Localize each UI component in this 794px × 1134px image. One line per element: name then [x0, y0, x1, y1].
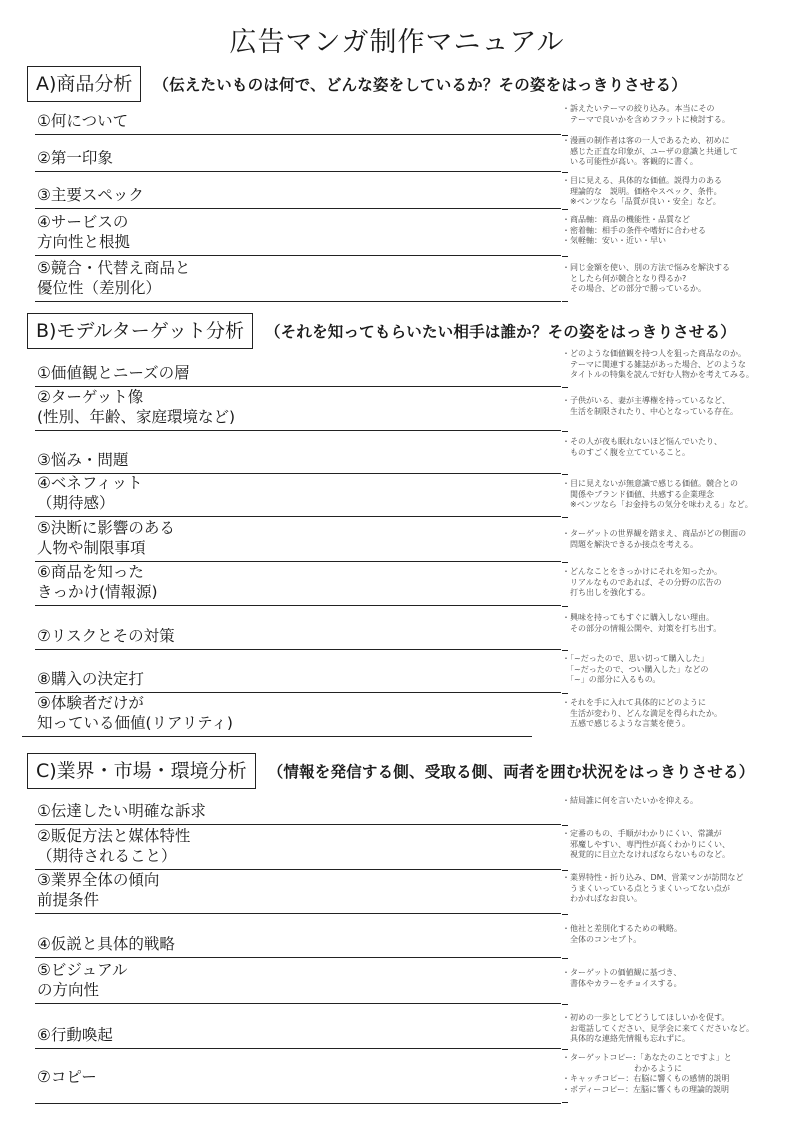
row-b7: ⑦リスクとその対策 — [35, 605, 561, 650]
row-label: ②第一印象 — [37, 148, 113, 168]
row-label: ⑤ビジュアル の方向性 — [37, 960, 127, 1000]
row-b6: ⑥商品を知った きっかけ(情報源) — [35, 561, 561, 606]
note-divider — [562, 914, 568, 915]
row-label: ⑦コピー — [37, 1067, 97, 1087]
note-c5: ・ターゲットの価値観に基づき、 書体やカラーをチョイスする。 — [562, 968, 794, 989]
note-divider — [562, 1102, 568, 1103]
note-b4: ・目に見えないが無意識で感じる価値。競合との 関係やブランド価値、共感する企業理… — [562, 479, 794, 511]
row-label: ④サービスの 方向性と根拠 — [37, 212, 130, 252]
row-label: ②ターゲット像 (性別、年齢、家庭環境など) — [37, 387, 235, 427]
row-a5: ⑤競合・代替え商品と 優位性（差別化） — [35, 255, 561, 302]
note-b5: ・ターゲットの世界観を踏まえ、商品がどの側面の 問題を解決できるか接点を考える。 — [562, 529, 794, 550]
section-b-title: B)モデルターゲット分析 — [27, 313, 253, 349]
row-c2: ②販促方法と媒体特性 （期待されること） — [35, 824, 561, 870]
note-divider — [562, 606, 568, 607]
note-divider — [562, 431, 568, 432]
note-divider — [562, 958, 568, 959]
row-label: ③悩み・問題 — [37, 450, 128, 470]
row-label: ①伝達したい明確な訴求 — [37, 801, 206, 821]
row-b8: ⑧購入の決定打 — [35, 649, 561, 693]
row-label: ⑤決断に影響のある 人物や制限事項 — [37, 518, 175, 558]
note-a2: ・漫画の制作者は客の一人であるため、初めに 感じた正直な印象が、ユーザの意識と共… — [562, 136, 794, 168]
row-c6: ⑥行動喚起 — [35, 1003, 561, 1049]
note-b3: ・その人が夜も眠れないほど悩んでいたり、 ものすごく腹を立てていること。 — [562, 437, 794, 458]
row-b5: ⑤決断に影響のある 人物や制限事項 — [35, 516, 561, 562]
section-a-subtitle: （伝えたいものは何で、どんな姿をしているか？その姿をはっきりさせる） — [153, 73, 687, 95]
note-divider — [562, 1049, 568, 1050]
row-label: ①価値観とニーズの層 — [37, 363, 190, 383]
row-label: ①何について — [37, 111, 128, 131]
note-divider — [562, 209, 568, 210]
row-b1: ①価値観とニーズの層 — [35, 350, 561, 387]
note-divider — [562, 387, 568, 388]
note-c1: ・結局誰に何を言いたいかを抑える。 — [562, 796, 794, 807]
section-c-header: C)業界・市場・環境分析 （情報を発信する側、受取る側、両者を囲む状況をはっきり… — [27, 753, 754, 789]
row-label: ⑨体験者だけが 知っている価値(リアリティ) — [37, 693, 233, 733]
note-divider — [562, 650, 568, 651]
section-b-subtitle: （それを知ってもらいたい相手は誰か？その姿をはっきりさせる） — [265, 320, 736, 342]
row-c5: ⑤ビジュアル の方向性 — [35, 957, 561, 1004]
note-divider — [562, 870, 568, 871]
note-b1: ・どのような価値観を持つ人を狙った商品なのか。 テーマに関連する雑誌があった場合… — [562, 349, 794, 381]
row-b9: ⑨体験者だけが 知っている価値(リアリティ) — [22, 692, 532, 737]
row-c4: ④仮説と具体的戦略 — [35, 913, 561, 958]
row-a4: ④サービスの 方向性と根拠 — [35, 208, 561, 256]
row-c1: ①伝達したい明確な訴求 — [35, 795, 561, 825]
row-b3: ③悩み・問題 — [35, 430, 561, 474]
section-c-title: C)業界・市場・環境分析 — [27, 753, 256, 789]
row-c3: ③業界全体の傾向 前提条件 — [35, 869, 561, 914]
note-c6: ・初めの一歩としてどうしてほしいかを促す。 お電話してください、見学会に来てくだ… — [562, 1013, 794, 1045]
note-divider — [562, 474, 568, 475]
note-a1: ・訴えたいテーマの絞り込み。本当にその テーマで良いかを含めフラットに検討する。 — [562, 104, 794, 125]
note-divider — [562, 825, 568, 826]
note-c3: ・業界特性・折り込み、DM、営業マンが訪問など うまくいっている点とうまくいって… — [562, 873, 794, 905]
section-b-header: B)モデルターゲット分析 （それを知ってもらいたい相手は誰か？その姿をはっきりさ… — [27, 313, 736, 349]
row-label: ④ベネフィット （期待感） — [37, 473, 143, 513]
note-divider — [562, 517, 568, 518]
note-divider — [562, 301, 568, 302]
page-title: 広告マンガ制作マニュアル — [0, 20, 794, 59]
note-a5: ・同じ金額を使い、別の方法で悩みを解決する としたら何が競合となり得るか? その… — [562, 263, 794, 295]
note-b2: ・子供がいる、妻が主導権を持っているなど、 生活を制限されたり、中心となっている… — [562, 396, 794, 417]
row-label: ④仮説と具体的戦略 — [37, 934, 175, 954]
section-a-header: A)商品分析 （伝えたいものは何で、どんな姿をしているか？その姿をはっきりさせる… — [27, 66, 687, 102]
row-b4: ④ベネフィット （期待感） — [35, 473, 561, 517]
note-a4: ・商品軸：商品の機能性・品質など ・密着軸：相手の条件や嗜好に合わせる ・気軽軸… — [562, 215, 794, 247]
note-divider — [562, 1004, 568, 1005]
note-b6: ・どんなことをきっかけにそれを知ったか。 リアルなものであれば、その分野の広告の… — [562, 567, 794, 599]
note-c4: ・他社と差別化するための戦略。 全体のコンセプト。 — [562, 924, 794, 945]
row-label: ⑤競合・代替え商品と 優位性（差別化） — [37, 258, 190, 298]
note-c2: ・定番のもの、手順がわかりにくい、常識が 邪魔しやすい、専門性が高くわかりにくい… — [562, 829, 794, 861]
section-a-title: A)商品分析 — [27, 66, 141, 102]
note-b9: ・それを手に入れて具体的にどのように 生活が変わり、どんな満足を得られたか。 五… — [562, 698, 794, 730]
row-label: ③業界全体の傾向 前提条件 — [37, 870, 159, 910]
note-b7: ・興味を持ってもすぐに購入しない理由。 その部分の情報公開や、対策を打ち出す。 — [562, 613, 794, 634]
row-label: ③主要スペック — [37, 185, 144, 205]
note-divider — [562, 256, 568, 257]
row-c7: ⑦コピー — [35, 1048, 561, 1104]
section-c-subtitle: （情報を発信する側、受取る側、両者を囲む状況をはっきりさせる） — [268, 760, 755, 782]
note-b8: ・「~だったので、思い切って購入した」 「~だったので、つい購入した」などの 「… — [562, 654, 794, 686]
row-label: ⑦リスクとその対策 — [37, 626, 175, 646]
row-a2: ②第一印象 — [35, 134, 561, 172]
note-divider — [562, 562, 568, 563]
note-a3: ・目に見える、具体的な価値。説得力のある 理論的な 説明。価格やスペック、条件。… — [562, 176, 794, 208]
row-label: ⑥商品を知った きっかけ(情報源) — [37, 562, 158, 602]
note-divider — [562, 172, 568, 173]
row-a3: ③主要スペック — [35, 171, 561, 209]
note-c7: ・ターゲットコピー:「あなたのことですよ」と わかるように ・キャッチコピー：右… — [562, 1053, 794, 1095]
row-a1: ①何について — [35, 100, 561, 135]
note-divider — [562, 693, 568, 694]
row-label: ⑥行動喚起 — [37, 1025, 113, 1045]
row-label: ⑧購入の決定打 — [37, 669, 144, 689]
row-label: ②販促方法と媒体特性 （期待されること） — [37, 826, 190, 866]
row-b2: ②ターゲット像 (性別、年齢、家庭環境など) — [35, 386, 561, 431]
